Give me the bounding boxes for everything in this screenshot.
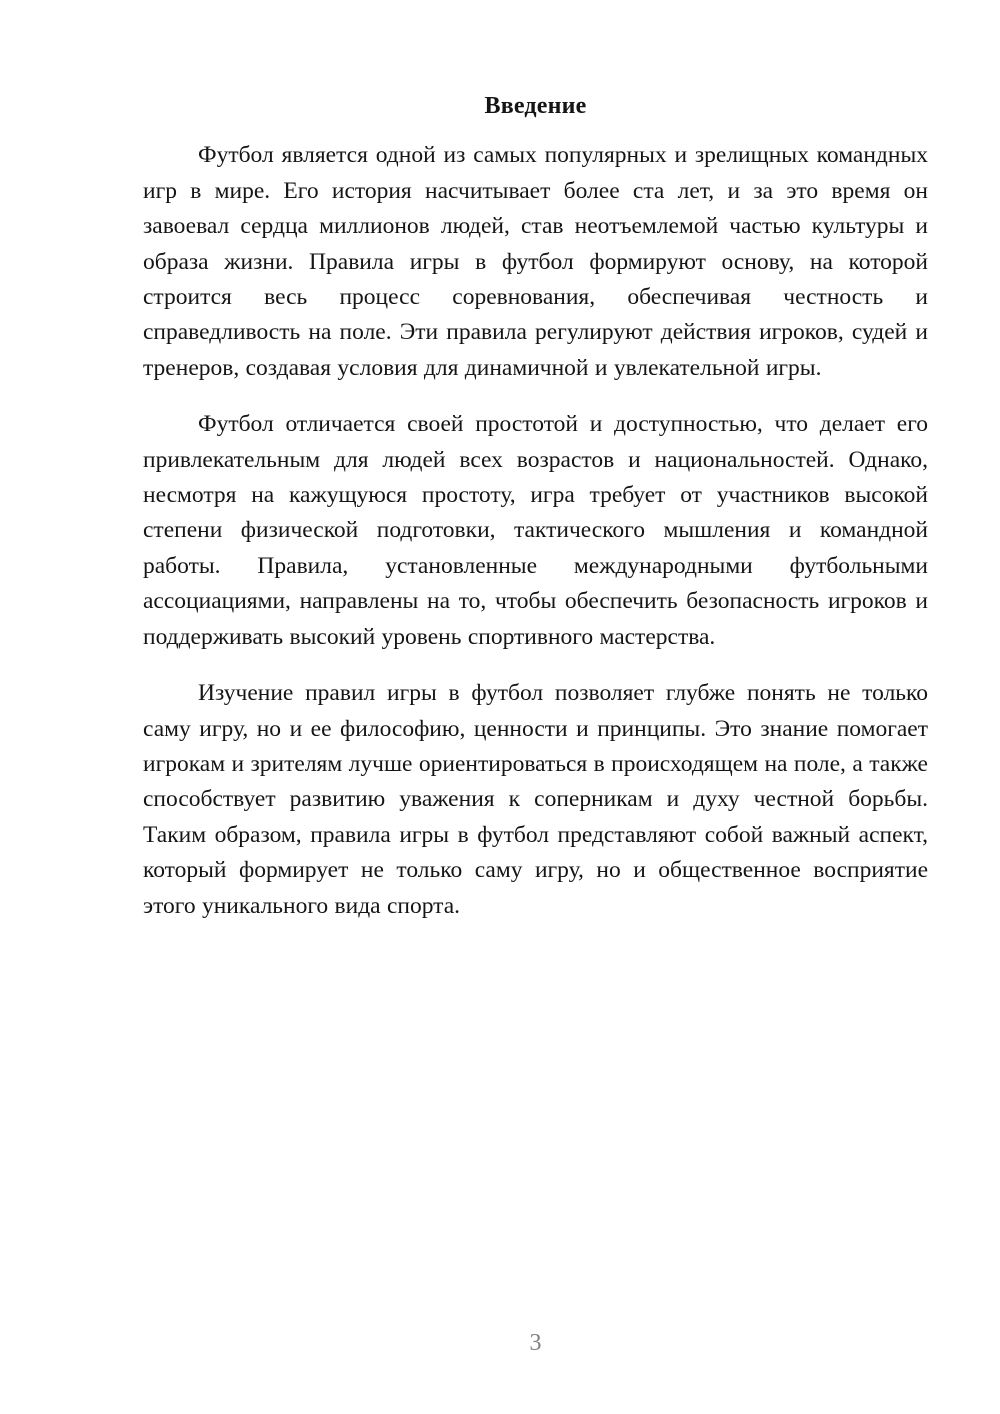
paragraph: Футбол является одной из самых популярны… bbox=[143, 138, 928, 386]
paragraph: Изучение правил игры в футбол позволяет … bbox=[143, 676, 928, 924]
paragraph: Футбол отличается своей простотой и дост… bbox=[143, 407, 928, 655]
document-page: Введение Футбол является одной из самых … bbox=[0, 0, 1000, 1414]
page-number: 3 bbox=[530, 1330, 542, 1356]
page-title: Введение bbox=[143, 89, 928, 124]
page-footer: 3 bbox=[143, 1326, 928, 1361]
